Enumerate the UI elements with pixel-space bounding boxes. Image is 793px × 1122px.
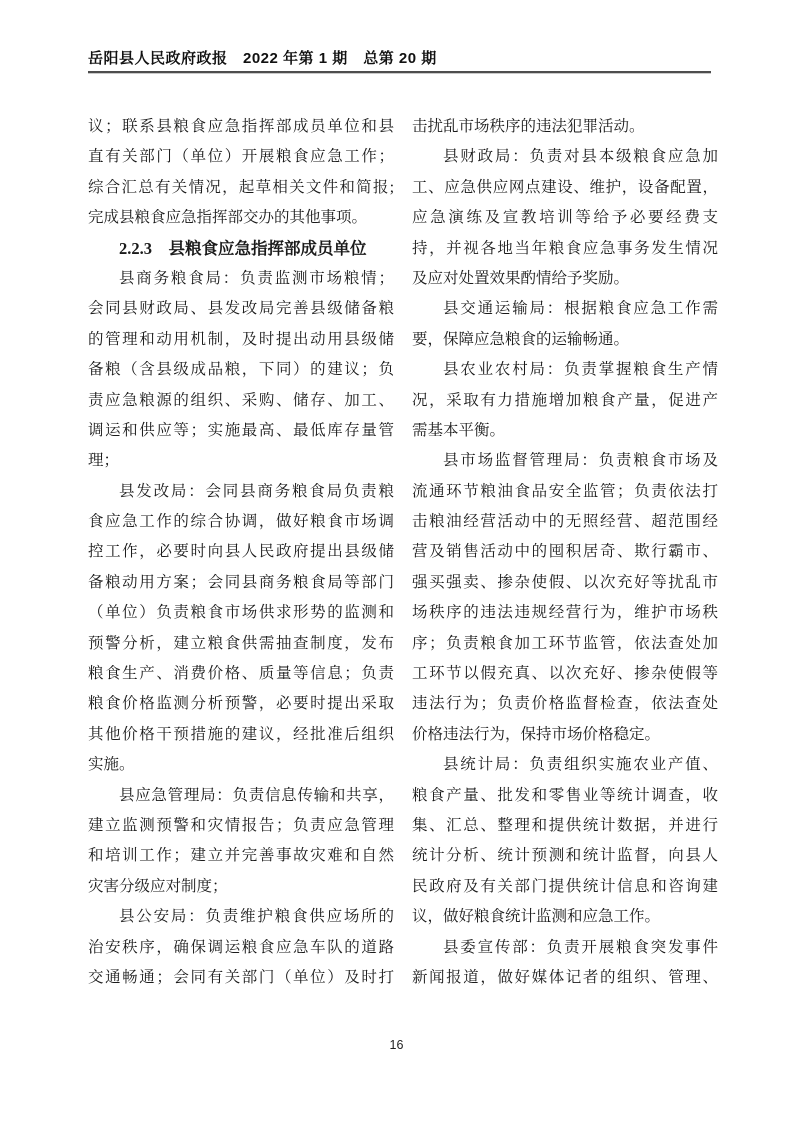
- body-text-line: 违法行为；负责价格监督检查，依法查处: [412, 689, 718, 719]
- body-text-line: 统计分析、统计预测和统计监督，向县人: [412, 841, 718, 871]
- body-text-line: 需基本平衡。: [412, 416, 718, 446]
- body-text-line: 建立监测预警和灾情报告；负责应急管理: [88, 811, 394, 841]
- body-text-line: 粮食产量、批发和零售业等统计调查，收: [412, 781, 718, 811]
- section-heading: 2.2.3 县粮食应急指挥部成员单位: [88, 234, 394, 264]
- header-rule: [88, 71, 711, 74]
- body-text-line: 新闻报道，做好媒体记者的组织、管理、: [412, 963, 718, 993]
- right-column: 击扰乱市场秩序的违法犯罪活动。县财政局：负责对县本级粮食应急加工、应急供应网点建…: [412, 112, 718, 993]
- left-column: 议；联系县粮食应急指挥部成员单位和县直有关部门（单位）开展粮食应急工作；综合汇总…: [88, 112, 394, 993]
- page-header: 岳阳县人民政府政报 2022 年第 1 期 总第 20 期: [88, 50, 711, 74]
- body-text-line: 理；: [88, 446, 394, 476]
- body-text-line: 粮食生产、消费价格、质量等信息；负责: [88, 659, 394, 689]
- body-text-line: 县发改局：会同县商务粮食局负责粮: [88, 477, 394, 507]
- body-text-line: 综合汇总有关情况，起草相关文件和简报;: [88, 173, 394, 203]
- body-text-line: 县农业农村局：负责掌握粮食生产情: [412, 355, 718, 385]
- body-text-line: 县公安局：负责维护粮食供应场所的: [88, 902, 394, 932]
- body-text-line: 粮食价格监测分析预警，必要时提出采取: [88, 689, 394, 719]
- body-text-line: 强买强卖、掺杂使假、以次充好等扰乱市: [412, 568, 718, 598]
- body-text-line: 及应对处置效果酌情给予奖励。: [412, 264, 718, 294]
- body-text-line: 和培训工作；建立并完善事故灾难和自然: [88, 841, 394, 871]
- body-text-line: 县统计局：负责组织实施农业产值、: [412, 750, 718, 780]
- body-text-line: 击扰乱市场秩序的违法犯罪活动。: [412, 112, 718, 142]
- body-text-line: 县交通运输局：根据粮食应急工作需: [412, 294, 718, 324]
- body-text-line: 完成县粮食应急指挥部交办的其他事项。: [88, 203, 394, 233]
- body-text-line: 直有关部门（单位）开展粮食应急工作；: [88, 142, 394, 172]
- body-text-line: 调运和供应等；实施最高、最低库存量管: [88, 416, 394, 446]
- body-text-line: 流通环节粮油食品安全监管；负责依法打: [412, 477, 718, 507]
- body-text-line: 会同县财政局、县发改局完善县级储备粮: [88, 294, 394, 324]
- body-text-line: 县委宣传部：负责开展粮食突发事件: [412, 933, 718, 963]
- document-body: 议；联系县粮食应急指挥部成员单位和县直有关部门（单位）开展粮食应急工作；综合汇总…: [88, 112, 718, 993]
- body-text-line: 食应急工作的综合协调，做好粮食市场调: [88, 507, 394, 537]
- body-text-line: 实施。: [88, 750, 394, 780]
- body-text-line: 工环节以假充真、以次充好、掺杂使假等: [412, 659, 718, 689]
- gazette-header-title: 岳阳县人民政府政报 2022 年第 1 期 总第 20 期: [88, 50, 711, 68]
- body-text-line: （单位）负责粮食市场供求形势的监测和: [88, 598, 394, 628]
- body-text-line: 灾害分级应对制度；: [88, 872, 394, 902]
- page-number: 16: [0, 1038, 793, 1052]
- body-text-line: 集、汇总、整理和提供统计数据，并进行: [412, 811, 718, 841]
- body-text-line: 议；联系县粮食应急指挥部成员单位和县: [88, 112, 394, 142]
- body-text-line: 控工作，必要时向县人民政府提出县级储: [88, 537, 394, 567]
- body-text-line: 预警分析，建立粮食供需抽查制度，发布: [88, 629, 394, 659]
- body-text-line: 民政府及有关部门提供统计信息和咨询建: [412, 872, 718, 902]
- body-text-line: 县商务粮食局：负责监测市场粮情；: [88, 264, 394, 294]
- body-text-line: 县财政局：负责对县本级粮食应急加: [412, 142, 718, 172]
- body-text-line: 备粮动用方案；会同县商务粮食局等部门: [88, 568, 394, 598]
- body-text-line: 价格违法行为，保持市场价格稳定。: [412, 720, 718, 750]
- body-text-line: 应急演练及宣教培训等给予必要经费支: [412, 203, 718, 233]
- gazette-page: 岳阳县人民政府政报 2022 年第 1 期 总第 20 期 议；联系县粮食应急指…: [0, 0, 793, 1122]
- body-text-line: 其他价格干预措施的建议，经批准后组织: [88, 720, 394, 750]
- body-text-line: 交通畅通；会同有关部门（单位）及时打: [88, 963, 394, 993]
- body-text-line: 持，并视各地当年粮食应急事务发生情况: [412, 234, 718, 264]
- body-text-line: 要，保障应急粮食的运输畅通。: [412, 325, 718, 355]
- body-text-line: 序；负责粮食加工环节监管，依法查处加: [412, 629, 718, 659]
- body-text-line: 县市场监督管理局：负责粮食市场及: [412, 446, 718, 476]
- body-text-line: 工、应急供应网点建设、维护，设备配置，: [412, 173, 718, 203]
- body-text-line: 的管理和动用机制，及时提出动用县级储: [88, 325, 394, 355]
- body-text-line: 责应急粮源的组织、采购、储存、加工、: [88, 386, 394, 416]
- body-text-line: 况，采取有力措施增加粮食产量，促进产: [412, 386, 718, 416]
- body-text-line: 击粮油经营活动中的无照经营、超范围经: [412, 507, 718, 537]
- body-text-line: 营及销售活动中的囤积居奇、欺行霸市、: [412, 537, 718, 567]
- body-text-line: 场秩序的违法违规经营行为，维护市场秩: [412, 598, 718, 628]
- body-text-line: 县应急管理局：负责信息传输和共享，: [88, 781, 394, 811]
- page-footer: 16: [0, 1038, 793, 1052]
- body-text-line: 议，做好粮食统计监测和应急工作。: [412, 902, 718, 932]
- body-text-line: 治安秩序，确保调运粮食应急车队的道路: [88, 933, 394, 963]
- body-text-line: 备粮（含县级成品粮，下同）的建议；负: [88, 355, 394, 385]
